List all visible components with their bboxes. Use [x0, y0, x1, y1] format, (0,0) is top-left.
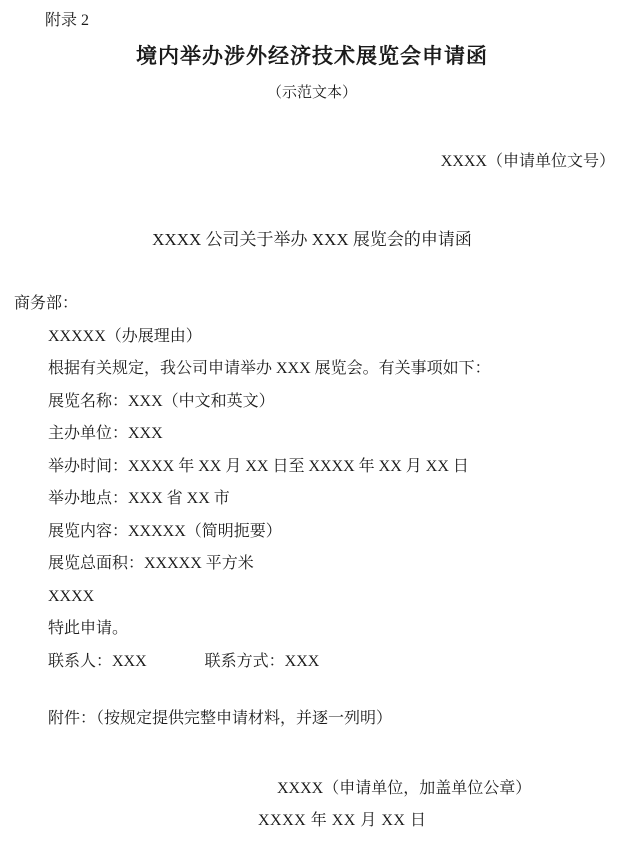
body-line-organizer: 主办单位：XXX [0, 418, 624, 451]
body-line-dates: 举办时间：XXXX 年 XX 月 XX 日至 XXXX 年 XX 月 XX 日 [0, 451, 624, 484]
body-line-area: 展览总面积：XXXXX 平方米 [0, 548, 624, 581]
document-number-line: XXXX（申请单位文号） [0, 151, 624, 173]
salutation: 商务部： [0, 288, 624, 321]
body-line-exhibition-name: 展览名称：XXX（中文和英文） [0, 386, 624, 419]
contact-line: 联系人：XXX联系方式：XXX [0, 646, 624, 679]
contact-method: 联系方式：XXX [205, 653, 320, 670]
subject-line: XXXX 公司关于举办 XXX 展览会的申请函 [0, 228, 624, 251]
date-line: XXXX 年 XX 月 XX 日 [258, 809, 426, 833]
body-line-intro: 根据有关规定，我公司申请举办 XXX 展览会。有关事项如下： [0, 353, 624, 386]
contact-person: 联系人：XXX [48, 653, 147, 670]
body-line-reason: XXXXX（办展理由） [0, 321, 624, 354]
body-line-location: 举办地点：XXX 省 XX 市 [0, 483, 624, 516]
appendix-label: 附录 2 [45, 10, 89, 32]
document-page: 附录 2 境内举办涉外经济技术展览会申请函 （示范文本） XXXX（申请单位文号… [0, 0, 624, 845]
signature-line: XXXX（申请单位，加盖单位公章） [277, 777, 531, 801]
letter-body: 商务部： XXXXX（办展理由） 根据有关规定，我公司申请举办 XXX 展览会。… [0, 288, 624, 678]
document-subtitle: （示范文本） [0, 83, 624, 103]
body-line-extra: XXXX [0, 581, 624, 614]
attachment-line: 附件：（按规定提供完整申请材料，并逐一列明） [48, 707, 392, 731]
document-title: 境内举办涉外经济技术展览会申请函 [0, 42, 624, 70]
body-line-closing: 特此申请。 [0, 613, 624, 646]
body-line-content: 展览内容：XXXXX（简明扼要） [0, 516, 624, 549]
